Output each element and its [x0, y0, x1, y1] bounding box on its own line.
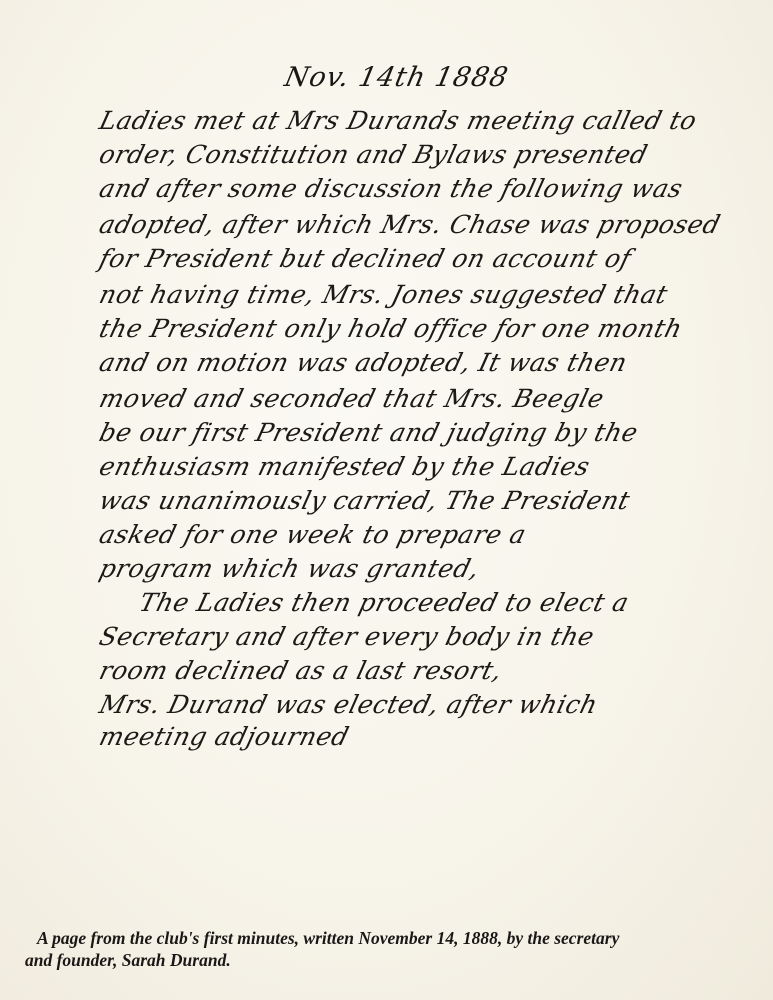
handwritten-line: Mrs. Durand was elected, after which	[96, 690, 600, 719]
figure-caption: A page from the club's first minutes, wr…	[25, 927, 755, 971]
caption-line-1: A page from the club's first minutes, wr…	[25, 927, 755, 949]
handwritten-line: for President but declined on account of	[96, 244, 634, 273]
handwritten-line: order, Constitution and Bylaws presented	[96, 140, 650, 169]
handwritten-line: and on motion was adopted, It was then	[96, 348, 630, 377]
handwritten-line: enthusiasm manifested by the Ladies	[96, 452, 593, 481]
handwritten-line: program which was granted,	[96, 554, 482, 583]
minutes-date-heading: Nov. 14th 1888	[282, 62, 512, 93]
handwritten-line: room declined as a last resort,	[96, 656, 505, 685]
handwritten-line: meeting adjourned	[96, 722, 352, 751]
handwritten-line: was unanimously carried, The President	[96, 486, 633, 515]
handwritten-line: adopted, after which Mrs. Chase was prop…	[96, 210, 723, 239]
handwritten-line: and after some discussion the following …	[96, 174, 685, 203]
handwritten-line: not having time, Mrs. Jones suggested th…	[96, 280, 670, 309]
handwritten-line: the President only hold office for one m…	[96, 314, 685, 343]
handwritten-line: The Ladies then proceeded to elect a	[136, 588, 632, 617]
handwritten-line: be our first President and judging by th…	[96, 418, 641, 447]
handwritten-line: asked for one week to prepare a	[96, 520, 529, 549]
caption-line-2: and founder, Sarah Durand.	[25, 949, 755, 971]
handwritten-line: moved and seconded that Mrs. Beegle	[96, 384, 607, 413]
handwritten-line: Secretary and after every body in the	[96, 622, 597, 651]
handwritten-line: Ladies met at Mrs Durands meeting called…	[96, 106, 700, 135]
scanned-page: Nov. 14th 1888 Ladies met at Mrs Durands…	[0, 0, 773, 1000]
